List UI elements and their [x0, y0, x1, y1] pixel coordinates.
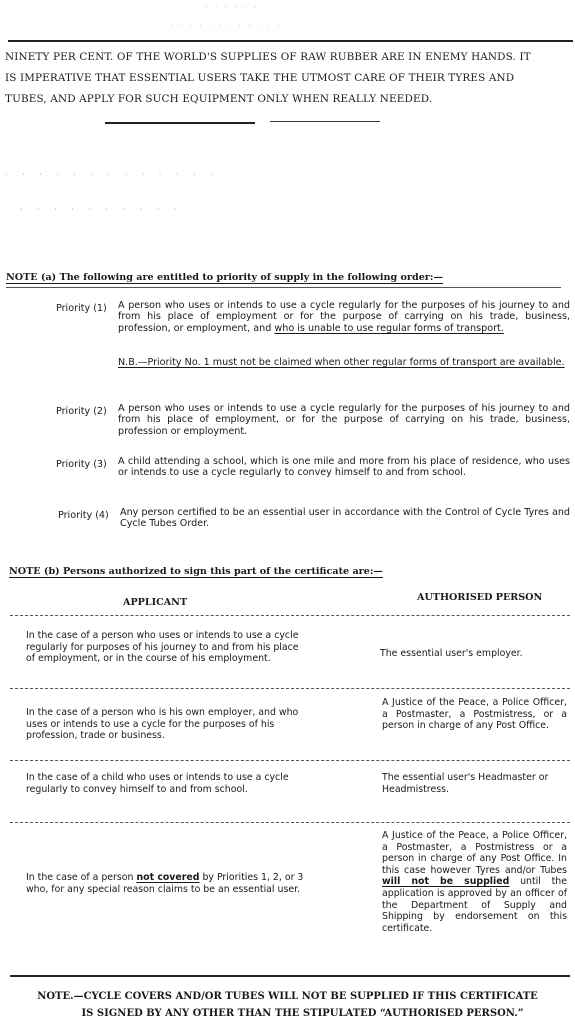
- bottom-rule: [10, 975, 570, 977]
- table-row-divider: [10, 688, 570, 689]
- table-row-divider: [10, 615, 570, 616]
- row-2-authorised: A Justice of the Peace, a Police Officer…: [382, 697, 567, 732]
- priority-1-underlined: who is unable to use regular forms of tr…: [274, 323, 503, 334]
- row-4-applicant-text: In the case of a person: [26, 872, 136, 883]
- column-header-authorised-person: AUTHORISED PERSON: [417, 592, 542, 603]
- row-2-applicant: In the case of a person who is his own e…: [26, 707, 308, 742]
- priority-4-text: Any person certified to be an essential …: [120, 507, 570, 530]
- partial-rule: [270, 121, 380, 122]
- row-4-authorised: A Justice of the Peace, a Police Officer…: [382, 830, 567, 934]
- row-4-authorised-text: A Justice of the Peace, a Police Officer…: [382, 830, 567, 876]
- row-3-authorised: The essential user's Headmaster or Headm…: [382, 772, 567, 795]
- priority-1-nb: N.B.—Priority No. 1 must not be claimed …: [118, 356, 570, 369]
- faded-text-line: · · · · · · · · · · · · ·: [5, 170, 219, 179]
- row-1-applicant: In the case of a person who uses or inte…: [26, 630, 308, 665]
- priority-1-text: A person who uses or intends to use a cy…: [118, 300, 570, 334]
- final-note-line: IS SIGNED BY ANY OTHER THAN THE STIPULAT…: [0, 1005, 575, 1020]
- priority-3-label: Priority (3): [56, 459, 107, 470]
- priority-3-text: A child attending a school, which is one…: [118, 456, 570, 479]
- row-4-will-not-be-supplied: will not be supplied: [382, 876, 509, 887]
- faded-text-line: · · · · · · · · · ·: [20, 205, 182, 214]
- priority-1-label: Priority (1): [56, 303, 107, 314]
- note-b-heading: NOTE (b) Persons authorized to sign this…: [9, 566, 383, 577]
- priority-4-label: Priority (4): [58, 510, 109, 521]
- final-note: NOTE.—CYCLE COVERS AND/OR TUBES WILL NOT…: [0, 988, 575, 1020]
- note-a-rule: [6, 287, 561, 288]
- row-1-authorised: The essential user's employer.: [380, 648, 565, 660]
- final-note-line: NOTE.—CYCLE COVERS AND/OR TUBES WILL NOT…: [0, 988, 575, 1005]
- warning-line: NINETY PER CENT. OF THE WORLD'S SUPPLIES…: [5, 47, 570, 68]
- warning-line: TUBES, AND APPLY FOR SUCH EQUIPMENT ONLY…: [5, 89, 570, 110]
- warning-line: IS IMPERATIVE THAT ESSENTIAL USERS TAKE …: [5, 68, 570, 89]
- top-rule: [8, 40, 573, 42]
- faded-header-line-1: · · · · · ·: [205, 3, 258, 13]
- column-header-applicant: APPLICANT: [123, 597, 187, 608]
- row-4-applicant: In the case of a person not covered by P…: [26, 872, 308, 895]
- table-row-divider: [10, 822, 570, 823]
- table-row-divider: [10, 760, 570, 761]
- warning-paragraph: NINETY PER CENT. OF THE WORLD'S SUPPLIES…: [5, 47, 570, 110]
- priority-2-text: A person who uses or intends to use a cy…: [118, 403, 570, 437]
- note-a-heading: NOTE (a) The following are entitled to p…: [6, 272, 443, 283]
- partial-rule: [105, 122, 255, 124]
- row-3-applicant: In the case of a child who uses or inten…: [26, 772, 308, 795]
- priority-2-label: Priority (2): [56, 406, 107, 417]
- row-4-not-covered: not covered: [136, 872, 199, 883]
- faded-header-line-2: · · · · · · · · · · · · ·: [170, 22, 292, 32]
